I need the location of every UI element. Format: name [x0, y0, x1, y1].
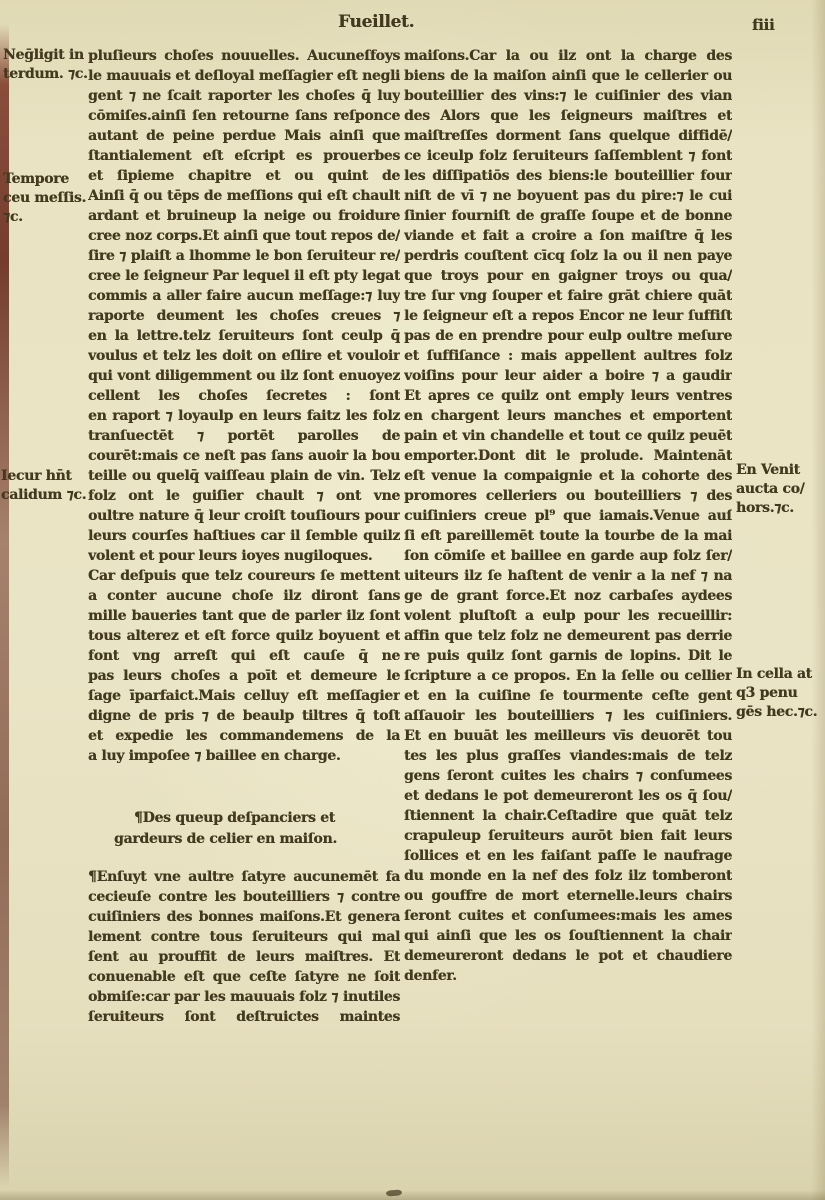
text-line: commis a aller faire aucun meſſage:⁊ luy	[88, 286, 400, 306]
right-paragraph-1: maiſons.Car la ou ilz ont la charge desb…	[404, 46, 732, 986]
text-line: et ſipieme chapitre et ou quint de ſapie…	[88, 166, 400, 186]
text-line: autant de peine perdue Mais ainſi que ſu…	[88, 126, 400, 146]
text-line: bouteillier des vins:⁊ le cuiſinier des …	[404, 86, 732, 106]
text-line: Neḡligit in	[3, 46, 95, 65]
text-line: pas de en prendre pour eulp oultre meſur…	[404, 326, 732, 346]
text-line: perdris couſtent cīcq ſolz la ou il nen …	[404, 246, 732, 266]
text-line: cuiſiniers des bonnes maiſons.Et genera	[88, 907, 400, 927]
text-line: qui vont diligemment ou ilz ſont enuoyez	[88, 366, 400, 386]
text-line: hors.⁊c.	[736, 499, 825, 518]
text-line: le mauuais et deſloyal meſſagier eſt neg…	[88, 66, 400, 86]
text-line: aucta co/	[736, 480, 825, 499]
text-line: folz ont le guiſier chault ⁊ ont vne cha…	[88, 486, 400, 506]
text-line: voulus et telz les doit on eſlire et vou…	[88, 346, 400, 366]
page-bottom-edge-shadow	[0, 1190, 825, 1200]
text-line: ce iceulp folz ſeruiteurs ſaſſemblent ⁊ …	[404, 146, 732, 166]
text-line: gardeurs de celier en maiſon.	[88, 829, 400, 850]
left-paragraph-2: Car deſpuis que telz coureurs ſe mettent…	[88, 566, 400, 766]
text-line: oultre nature q̄ leur croiſt touſiours p…	[88, 506, 400, 526]
text-line: et en la cuiſine ſe tourmente ceſte gent…	[404, 686, 732, 706]
text-line: ſeront cuites et conſumees:mais les ames	[404, 906, 732, 926]
text-line: ſeruiteurs ſont deſtruictes maintes bōne…	[88, 1007, 400, 1027]
text-line: courēt:mais ce neſt pas ſans auoir la bo…	[88, 446, 400, 466]
text-line: pas leurs choſes a poīt et demeure le me…	[88, 666, 400, 686]
text-line: pain et vin chandelle et tout ce quilz p…	[404, 426, 732, 446]
margin-note-tempore: Temporeceu meſſis.⁊c.	[3, 170, 95, 227]
text-line: affin que telz folz ne demeurent pas der…	[404, 626, 732, 646]
text-line: ſon cōmiſe et baillee en garde aup folz …	[404, 546, 732, 566]
page-right-edge-shadow	[811, 0, 825, 1200]
text-line: ſi eſt pareillemēt toute la tourbe de la…	[404, 526, 732, 546]
text-line: pluſieurs choſes nouuelles. Aucuneſfoys	[88, 46, 400, 66]
text-line: ſage īparfaict.Mais celluy eſt meſſagier	[88, 686, 400, 706]
folio-number: fiii	[752, 16, 774, 34]
text-line: tre ſur vng ſouper et faire grāt chiere …	[404, 286, 732, 306]
text-line: ¶Des queup deſpanciers et	[88, 808, 400, 829]
text-line: cecieuſe contre les bouteilliers ⁊ contr…	[88, 887, 400, 907]
text-line: voiſins pour leur aider a boire ⁊ a gaud…	[404, 366, 732, 386]
margin-note-en-venit: En Venitaucta co/hors.⁊c.	[736, 461, 825, 518]
margin-note-negligit: Neḡligit interdum. ⁊c.	[3, 46, 95, 84]
text-line: lement contre tous ſeruiteurs qui mal pe…	[88, 927, 400, 947]
text-line: ceu meſſis.	[3, 189, 95, 208]
text-line: le ſeigneur eſt a repos Encor ne leur ſu…	[404, 306, 732, 326]
text-line: ſtantialement eſt eſcript es prouerbes v…	[88, 146, 400, 166]
text-line: demeureront dedans le pot et chaudiere	[404, 946, 732, 966]
left-paragraph-3: ¶Enſuyt vne aultre ſatyre aucunemēt face…	[88, 867, 400, 1027]
text-line: re puis quilz ſont garnis de lopins. Dit…	[404, 646, 732, 666]
text-line: leurs courſes haſtiues car il ſemble qui…	[88, 526, 400, 546]
right-text-column: maiſons.Car la ou ilz ont la charge desb…	[404, 46, 732, 986]
text-line: Ainſi q̄ ou tēps de meſſions qui eſt cha…	[88, 186, 400, 206]
text-line: emporter.Dont dit le prolude. Maintenāt	[404, 446, 732, 466]
running-title: Fueillet.	[338, 12, 414, 32]
text-line: du monde en la nef des folz ilz tomberon…	[404, 866, 732, 886]
text-line: tranſuectēt ⁊ portēt parolles de meſſaig…	[88, 426, 400, 446]
text-line: En Venit	[736, 461, 825, 480]
text-line: promores celleriers ou bouteilliers ⁊ de…	[404, 486, 732, 506]
text-line: a conter aucune choſe ilz diront ſans ce…	[88, 586, 400, 606]
text-line: cree le ſeigneur Par lequel il eſt pty l…	[88, 266, 400, 286]
text-line: Et apres ce quilz ont emply leurs ventre…	[404, 386, 732, 406]
text-line: ſinier fourniſt de graſſe ſoupe et de bo…	[404, 206, 732, 226]
text-line: terdum. ⁊c.	[3, 65, 95, 84]
text-line: qui ainſi que les os ſouſtiennent la cha…	[404, 926, 732, 946]
text-line: ſollices et en les faiſant paſſe le nauf…	[404, 846, 732, 866]
text-line: ſent au prouffit de leurs maiſtres. Et b…	[88, 947, 400, 967]
text-line: cōmiſes.ainſi ſen retourne ſans reſponce…	[88, 106, 400, 126]
margin-note-iecur: Iecur hn̄tcalidum ⁊c.	[1, 467, 93, 505]
text-line: Car deſpuis que telz coureurs ſe mettent	[88, 566, 400, 586]
text-line: uiteurs ilz ſe haſtent de venir a la nef…	[404, 566, 732, 586]
text-line: ardant et bruineup la neige ou froidure …	[88, 206, 400, 226]
text-line: gens ſeront cuites les chairs ⁊ conſumee…	[404, 766, 732, 786]
text-line: maiſtreſſes dorment ſans quelque diffidē…	[404, 126, 732, 146]
text-line: gēs hec.⁊c.	[736, 703, 825, 722]
scanned-book-page: Fueillet. fiii Neḡligit interdum. ⁊c. Te…	[0, 0, 825, 1200]
text-line: Iecur hn̄t	[1, 467, 93, 486]
text-line: biens de la maiſon ainſi que le cellerie…	[404, 66, 732, 86]
text-line: digne de pris ⁊ de beaulp tiltres q̄ toſ…	[88, 706, 400, 726]
text-line: teille ou quelq̄ vaiſſeau plain de vin. …	[88, 466, 400, 486]
text-line: Et en buuāt les meilleurs vīs deuorēt to…	[404, 726, 732, 746]
text-line: ¶Enſuyt vne aultre ſatyre aucunemēt fa	[88, 867, 400, 887]
text-line: mille baueries tant que de parler ilz ſo…	[88, 606, 400, 626]
text-line: volent pluſtoſt a eulp pour les recueill…	[404, 606, 732, 626]
left-paragraph-1: pluſieurs choſes nouuelles. Aucuneſfoysl…	[88, 46, 400, 566]
text-line: des Alors que les ſeigneurs maiſtres et	[404, 106, 732, 126]
text-line: niſt de vī ⁊ ne boyuent pas du pire:⁊ le…	[404, 186, 732, 206]
text-line: crapuleup ſeruiteurs aurōt bien fait leu…	[404, 826, 732, 846]
text-line: obmiſe:car par les mauuais folz ⁊ inutil…	[88, 987, 400, 1007]
text-line: tous alterez et eſt force quilz boyuent …	[88, 626, 400, 646]
text-line: aſſauoir les bouteilliers ⁊ les cuiſinie…	[404, 706, 732, 726]
text-line: en raport ⁊ loyaulp en leurs faitz les f…	[88, 406, 400, 426]
section-heading: ¶Des queup deſpanciers etgardeurs de cel…	[88, 808, 400, 850]
text-line: et dedans le pot demeureront les os q̄ ſ…	[404, 786, 732, 806]
text-line: In cella at	[736, 665, 825, 684]
text-line: les diſſipatiōs des biens:le bouteillier…	[404, 166, 732, 186]
text-line: maiſons.Car la ou ilz ont la charge des	[404, 46, 732, 66]
margin-note-in-cella: In cella atq3 penugēs hec.⁊c.	[736, 665, 825, 722]
text-line: calidum ⁊c.	[1, 486, 93, 505]
text-line: q3 penu	[736, 684, 825, 703]
text-line: en chargent leurs manches et emportent	[404, 406, 732, 426]
text-line: ſire ⁊ plaiſt a lhomme le bon ſeruiteur …	[88, 246, 400, 266]
text-line: tes les plus graſſes viandes:mais de tel…	[404, 746, 732, 766]
text-line: conuenable eſt que ceſte ſatyre ne ſoit …	[88, 967, 400, 987]
text-line: cree noz corps.Et ainſi que tout repos d…	[88, 226, 400, 246]
text-line: Tempore	[3, 170, 95, 189]
text-line: volent et pour leurs ioyes nugiloques.	[88, 546, 400, 566]
text-line: en la lettre.telz ſeruiteurs ſont ceulp …	[88, 326, 400, 346]
text-line: et ſuffiſance : mais appellent aultres f…	[404, 346, 732, 366]
text-line: ſcripture a ce propos. En la ſelle ou ce…	[404, 666, 732, 686]
text-line: eſt venue la compaignie et la cohorte de…	[404, 466, 732, 486]
text-line: gent ⁊ ne ſcait raporter les choſes q̄ l…	[88, 86, 400, 106]
text-line: a luy impoſee ⁊ baillee en charge.	[88, 746, 400, 766]
text-line: que troys pour en gaigner troys ou qua/	[404, 266, 732, 286]
text-line: ge de grant force.Et noz carbaſes aydees	[404, 586, 732, 606]
text-line: viande et fait a croire a ſon maiſtre q̄…	[404, 226, 732, 246]
text-line: ſtiennent la chair.Ceſtadire que quāt te…	[404, 806, 732, 826]
text-line: et expedie les commandemens de la choſe	[88, 726, 400, 746]
text-line: raporte deument les choſes creues ⁊ miſe…	[88, 306, 400, 326]
text-line: ou gouffre de mort eternelle.leurs chair…	[404, 886, 732, 906]
text-line: cuiſiniers creue pl⁹ que iamais.Venue au…	[404, 506, 732, 526]
text-line: cellent les choſes ſecretes : ſont verit…	[88, 386, 400, 406]
text-line: denfer.	[404, 966, 732, 986]
left-text-column: pluſieurs choſes nouuelles. Aucuneſfoysl…	[88, 46, 400, 1027]
text-line: ⁊c.	[3, 208, 95, 227]
text-line: font vng arreſt qui eſt cauſe q̄ ne treu…	[88, 646, 400, 666]
